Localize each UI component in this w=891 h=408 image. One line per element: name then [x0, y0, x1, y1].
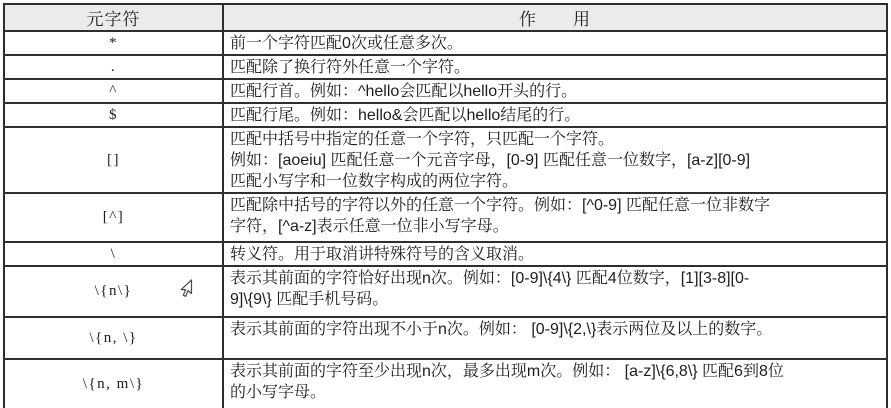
- description-cell: 匹配中括号中指定的任意一个字符，只匹配一个字符。 例如：[aoeiu] 匹配任意…: [223, 127, 887, 193]
- metachar-cell: \: [4, 242, 223, 266]
- table-row-repeat-n-to-m: \{n, m\} 表示其前面的字符至少出现n次，最多出现m次。例如： [a-z]…: [4, 359, 887, 408]
- description-cell: 转义符。用于取消讲特殊符号的含义取消。: [223, 242, 887, 266]
- table-row-dollar: $ 匹配行尾。例如：hello&会匹配以hello结尾的行。: [4, 103, 887, 127]
- description-cell: 表示其前面的字符至少出现n次，最多出现m次。例如： [a-z]\{6,8\} 匹…: [223, 359, 887, 408]
- description-cell: 表示其前面的字符出现不小于n次。例如： [0-9]\{2,\}表示两位及以上的数…: [223, 317, 887, 359]
- metachar-cell: *: [4, 31, 223, 55]
- regex-metacharacter-table: 元字符 作 用 * 前一个字符匹配0次或任意多次。 . 匹配除了换行符外任意一个…: [3, 3, 888, 408]
- table-row-brackets: [] 匹配中括号中指定的任意一个字符，只匹配一个字符。 例如：[aoeiu] 匹…: [4, 127, 887, 193]
- table-row-asterisk: * 前一个字符匹配0次或任意多次。: [4, 31, 887, 55]
- description-cell: 表示其前面的字符恰好出现n次。例如：[0-9]\{4\} 匹配4位数字，[1][…: [223, 266, 887, 317]
- description-cell: 前一个字符匹配0次或任意多次。: [223, 31, 887, 55]
- table-row-repeat-n-or-more: \{n, \} 表示其前面的字符出现不小于n次。例如： [0-9]\{2,\}表…: [4, 317, 887, 359]
- slide-table-view: 元字符 作 用 * 前一个字符匹配0次或任意多次。 . 匹配除了换行符外任意一个…: [0, 0, 891, 408]
- metachar-cell: .: [4, 55, 223, 79]
- table-row-dot: . 匹配除了换行符外任意一个字符。: [4, 55, 887, 79]
- metachar-cell: $: [4, 103, 223, 127]
- column-header-action: 作 用: [223, 4, 887, 31]
- metachar-cell: [^]: [4, 193, 223, 242]
- metachar-cell: ^: [4, 79, 223, 103]
- metachar-cell: \{n, m\}: [4, 359, 223, 408]
- table-header-row: 元字符 作 用: [4, 4, 887, 31]
- table-row-backslash: \ 转义符。用于取消讲特殊符号的含义取消。: [4, 242, 887, 266]
- description-cell: 匹配行尾。例如：hello&会匹配以hello结尾的行。: [223, 103, 887, 127]
- table-row-negated-brackets: [^] 匹配除中括号的字符以外的任意一个字符。例如：[^0-9] 匹配任意一位非…: [4, 193, 887, 242]
- description-cell: 匹配除中括号的字符以外的任意一个字符。例如：[^0-9] 匹配任意一位非数字 字…: [223, 193, 887, 242]
- table-row-caret: ^ 匹配行首。例如：^hello会匹配以hello开头的行。: [4, 79, 887, 103]
- metachar-cell: \{n\}: [4, 266, 223, 317]
- metachar-cell: []: [4, 127, 223, 193]
- description-cell: 匹配行首。例如：^hello会匹配以hello开头的行。: [223, 79, 887, 103]
- column-header-metachar: 元字符: [4, 4, 223, 31]
- table-row-repeat-n: \{n\} 表示其前面的字符恰好出现n次。例如：[0-9]\{4\} 匹配4位数…: [4, 266, 887, 317]
- description-cell: 匹配除了换行符外任意一个字符。: [223, 55, 887, 79]
- metachar-cell: \{n, \}: [4, 317, 223, 359]
